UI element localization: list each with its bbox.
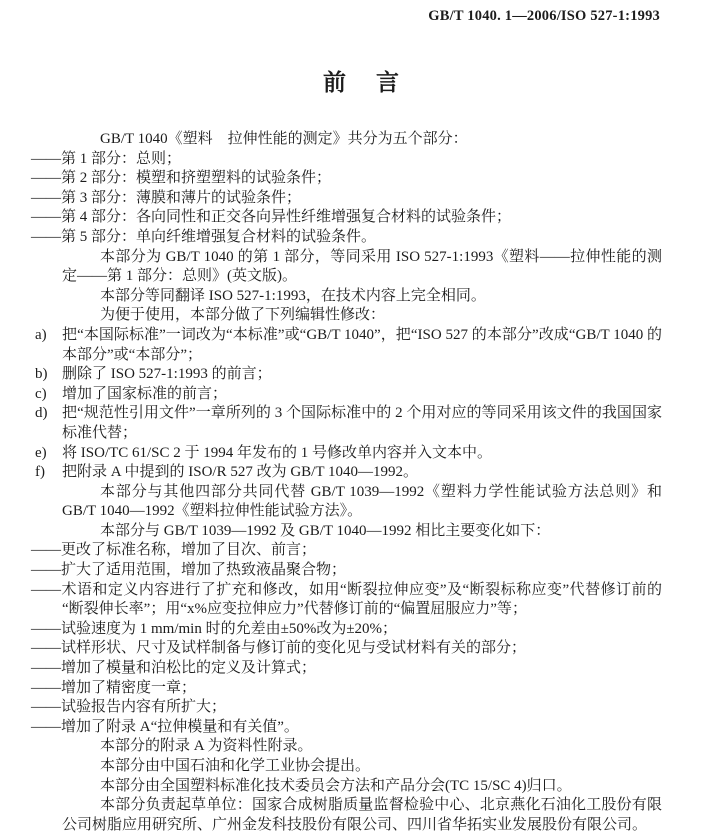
- page-title: 前言: [0, 64, 722, 97]
- standard-code: GB/T 1040. 1—2006/ISO 527-1:1993: [428, 8, 660, 25]
- paragraph: 本部分为 GB/T 1040 的第 1 部分，等同采用 ISO 527-1:19…: [62, 248, 662, 287]
- item-marker: a): [35, 326, 62, 346]
- change-list-item: ——试验速度为 1 mm/min 时的允差由±50%改为±20%；: [62, 620, 662, 640]
- item-text: 把附录 A 中提到的 ISO/R 527 改为 GB/T 1040—1992。: [62, 464, 418, 480]
- paragraph: 为便于使用，本部分做了下列编辑性修改：: [62, 306, 662, 326]
- item-text: 把“规范性引用文件”一章所列的 3 个国际标准中的 2 个用对应的等同采用该文件…: [62, 405, 662, 441]
- part-list-item: ——第 1 部分：总则；: [62, 150, 662, 170]
- edit-list-item: b)删除了 ISO 527-1:1993 的前言；: [62, 365, 662, 385]
- part-list-item: ——第 5 部分：单向纤维增强复合材料的试验条件。: [62, 228, 662, 248]
- change-list-item: ——术语和定义内容进行了扩充和修改，如用“断裂拉伸应变”及“断裂标称应变”代替修…: [62, 581, 662, 620]
- part-list-item: ——第 3 部分：薄膜和薄片的试验条件；: [62, 189, 662, 209]
- foreword-content: GB/T 1040《塑料 拉伸性能的测定》共分为五个部分： ——第 1 部分：总…: [62, 130, 662, 835]
- paragraph: 本部分负责起草单位：国家合成树脂质量监督检验中心、北京燕化石油化工股份有限公司树…: [62, 796, 662, 835]
- paragraph: 本部分与其他四部分共同代替 GB/T 1039—1992《塑料力学性能试验方法总…: [62, 483, 662, 522]
- paragraph: 本部分等同翻译 ISO 527-1:1993，在技术内容上完全相同。: [62, 287, 662, 307]
- edit-list-item: c)增加了国家标准的前言；: [62, 385, 662, 405]
- change-list-item: ——扩大了适用范围，增加了热致液晶聚合物；: [62, 561, 662, 581]
- paragraph: 本部分由全国塑料标准化技术委员会方法和产品分会(TC 15/SC 4)归口。: [62, 777, 662, 797]
- paragraph: 本部分的附录 A 为资料性附录。: [62, 737, 662, 757]
- item-text: 把“本国际标准”一词改为“本标准”或“GB/T 1040”，把“ISO 527 …: [62, 327, 662, 363]
- item-marker: c): [35, 385, 62, 405]
- edit-list-item: d)把“规范性引用文件”一章所列的 3 个国际标准中的 2 个用对应的等同采用该…: [62, 404, 662, 443]
- change-list-item: ——试样形状、尺寸及试样制备与修订前的变化见与受试材料有关的部分；: [62, 639, 662, 659]
- item-text: 增加了国家标准的前言；: [62, 386, 227, 402]
- change-list-item: ——增加了附录 A“拉伸模量和有关值”。: [62, 718, 662, 738]
- edit-list-item: e)将 ISO/TC 61/SC 2 于 1994 年发布的 1 号修改单内容并…: [62, 444, 662, 464]
- paragraph: 本部分与 GB/T 1039—1992 及 GB/T 1040—1992 相比主…: [62, 522, 662, 542]
- edit-list-item: a)把“本国际标准”一词改为“本标准”或“GB/T 1040”，把“ISO 52…: [62, 326, 662, 365]
- item-text: 删除了 ISO 527-1:1993 的前言；: [62, 366, 272, 382]
- item-marker: b): [35, 365, 62, 385]
- item-marker: e): [35, 444, 62, 464]
- document-page: GB/T 1040. 1—2006/ISO 527-1:1993 前言 GB/T…: [0, 0, 722, 837]
- item-marker: f): [35, 463, 62, 483]
- item-text: 将 ISO/TC 61/SC 2 于 1994 年发布的 1 号修改单内容并入文…: [62, 445, 492, 461]
- paragraph: GB/T 1040《塑料 拉伸性能的测定》共分为五个部分：: [62, 130, 662, 150]
- change-list-item: ——更改了标准名称，增加了目次、前言；: [62, 541, 662, 561]
- paragraph: 本部分由中国石油和化学工业协会提出。: [62, 757, 662, 777]
- change-list-item: ——试验报告内容有所扩大；: [62, 698, 662, 718]
- edit-list-item: f)把附录 A 中提到的 ISO/R 527 改为 GB/T 1040—1992…: [62, 463, 662, 483]
- change-list-item: ——增加了精密度一章；: [62, 679, 662, 699]
- change-list-item: ——增加了模量和泊松比的定义及计算式；: [62, 659, 662, 679]
- part-list-item: ——第 2 部分：模塑和挤塑塑料的试验条件；: [62, 169, 662, 189]
- part-list-item: ——第 4 部分：各向同性和正交各向异性纤维增强复合材料的试验条件；: [62, 208, 662, 228]
- item-marker: d): [35, 404, 62, 424]
